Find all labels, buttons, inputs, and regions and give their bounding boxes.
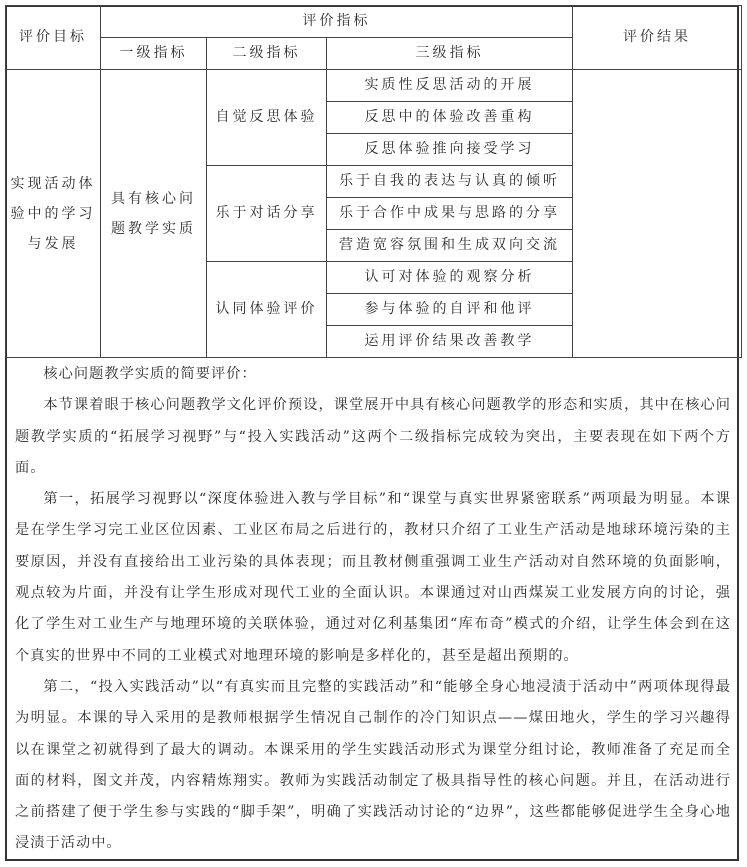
level3-cell: 实质性反思活动的开展 [327, 70, 573, 102]
notes-paragraph: 第一，拓展学习视野以“深度体验进入教与学目标”和“课堂与真实世界紧密联系”两项最… [7, 484, 739, 672]
evaluation-notes: 核心问题教学实质的简要评价： 本节课着眼于核心问题教学文化评价预设，课堂展开中具… [7, 356, 739, 861]
goal-line: 与发展 [6, 229, 100, 259]
notes-paragraph: 本节课着眼于核心问题教学文化评价预设，课堂展开中具有核心问题教学的形态和实质，其… [7, 390, 739, 484]
notes-paragraph: 第二，“投入实践活动”以“有真实而且完整的实践活动”和“能够全身心地浸渍于活动中… [7, 672, 739, 860]
header-goal: 评价目标 [6, 6, 101, 70]
level3-cell: 认可对体验的观察分析 [327, 262, 573, 294]
header-level1: 一级指标 [101, 38, 207, 70]
result-cell [573, 70, 742, 358]
goal-line: 实现活动体 [6, 169, 100, 199]
level2-cell: 乐于对话分享 [207, 166, 327, 262]
level1-cell: 具有核心问 题教学实质 [101, 70, 207, 358]
level3-cell: 乐于合作中成果与思路的分享 [327, 198, 573, 230]
evaluation-table: 评价目标 评价指标 评价结果 一级指标 二级指标 三级指标 实现活动体 验中的学… [5, 5, 742, 358]
header-level2: 二级指标 [207, 38, 327, 70]
level3-cell: 反思体验推向接受学习 [327, 134, 573, 166]
header-level3: 三级指标 [327, 38, 573, 70]
level3-cell: 运用评价结果改善教学 [327, 326, 573, 358]
level3-cell: 营造宽容氛围和生成双向交流 [327, 230, 573, 262]
table-row: 实现活动体 验中的学习 与发展 具有核心问 题教学实质 自觉反思体验 实质性反思… [6, 70, 742, 102]
header-result: 评价结果 [573, 6, 742, 70]
level3-cell: 反思中的体验改善重构 [327, 102, 573, 134]
level3-cell: 乐于自我的表达与认真的倾听 [327, 166, 573, 198]
notes-heading: 核心问题教学实质的简要评价： [7, 356, 739, 390]
level3-cell: 参与体验的自评和他评 [327, 294, 573, 326]
level2-cell: 认同体验评价 [207, 262, 327, 358]
level1-line: 题教学实质 [101, 214, 206, 244]
header-indicators: 评价指标 [101, 6, 573, 38]
goal-line: 验中的学习 [6, 199, 100, 229]
level1-line: 具有核心问 [101, 184, 206, 214]
level2-cell: 自觉反思体验 [207, 70, 327, 166]
goal-cell: 实现活动体 验中的学习 与发展 [6, 70, 101, 358]
header-row-1: 评价目标 评价指标 评价结果 [6, 6, 742, 38]
